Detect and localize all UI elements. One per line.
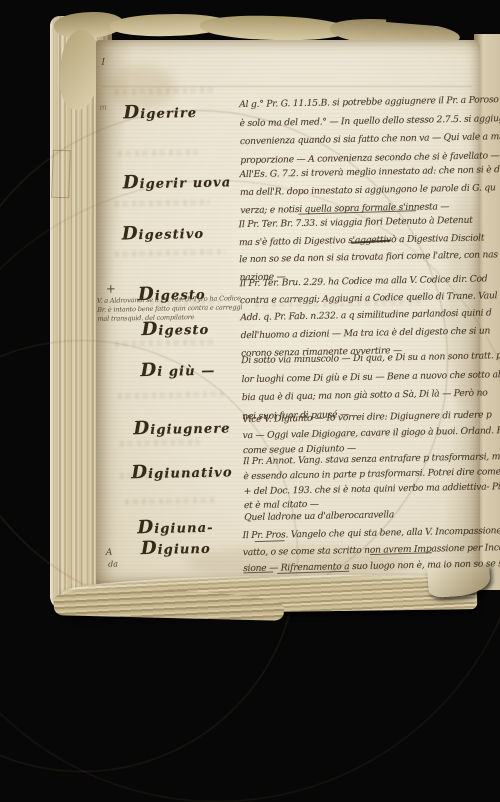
entry-definition-line: vatto, o se come sta scritto non avrem I… [243, 542, 500, 558]
entry-definition-line: è essendo alcuno in parte p trasformarsi… [243, 466, 500, 482]
entry-headword: Digerir uova [123, 170, 232, 193]
entry-headword: Digerire [123, 101, 197, 123]
entry-definition-line: et è mal citato — [244, 499, 319, 511]
entry-headword: Di giù — [140, 359, 215, 381]
entry-headword: Digiuno [141, 537, 211, 559]
entry-definition-line: Quel ladrone ua d'alberocaravella [244, 509, 394, 523]
entry-definition-line: proporzione — A convenienza secondo che … [240, 150, 499, 166]
entry-definition-line: contra e carreggi; Aggiugni a Codice que… [240, 290, 497, 306]
entry-definition-line: convenienza quando si sia fatto che non … [240, 131, 500, 147]
entry-definition-line: bia qua è di qua; ma non già sotto a Sà,… [242, 387, 488, 403]
entry-definition-line: All'Es. G. 7.2. si troverà meglio innest… [239, 164, 499, 180]
entry-definition-line: le non so se da non si sia trovata fiori… [239, 249, 498, 265]
entry-definition-line: Add. q. Pr. Fab. n.232. a q similitudine… [240, 307, 491, 323]
photo-backdrop: I m + A da DigerireAl g.° Pr. G. 11.15.B… [0, 0, 500, 630]
entry-definition-line: ma dell'R. dopo innestato si aggiungono … [240, 182, 496, 198]
entry-definition-line: dell'huomo a dizioni — Ma tra ica è del … [241, 325, 491, 341]
entry-headword: Digiugnere [133, 416, 231, 439]
entry-definition-line: verza; e notisi quella sopra formale s'i… [240, 201, 449, 216]
folio-mark: I [101, 58, 105, 68]
plus-mark: + [106, 282, 116, 296]
entry-definition-line: va — Oggi vale Digiogare, cavare il giog… [242, 425, 500, 441]
entry-definition-line: Il Pr. Pros. Vangelo che qui sta bene, a… [242, 525, 500, 541]
entry-definition-line: lor luoghi come Di giù e Di su — Bene a … [241, 368, 500, 384]
underline-mark [255, 540, 285, 542]
entry-definition-line: Al g.° Pr. G. 11.15.B. si potrebbe aggiu… [239, 94, 500, 110]
entry-headword: Digesto [141, 318, 209, 340]
marginal-note-line: Br. è intanto bene fatto quin contra e c… [97, 303, 242, 314]
entry-definition-line: è solo ma del med.° — In quello dello st… [240, 113, 500, 129]
handwritten-content: I m + A da DigerireAl g.° Pr. G. 11.15.B… [0, 0, 500, 630]
entry-headword: Digiuna- [137, 516, 214, 538]
corner-mark: A [106, 548, 113, 558]
corner-mark: da [108, 560, 118, 569]
entry-definition-line: + del Doc. 193. che si è nota quini verb… [244, 481, 500, 497]
entry-definition-line: ma s'è fatto di Digestivo s'aggettivò a … [239, 232, 485, 248]
entry-definition-line: Il Pr. Ter. Br. 7.33. si viaggia fiori D… [238, 215, 472, 230]
entry-headword: Digiunativo [131, 460, 233, 483]
entry-headword: Digestivo [122, 222, 205, 245]
headword-tick-mark: m [99, 103, 107, 112]
